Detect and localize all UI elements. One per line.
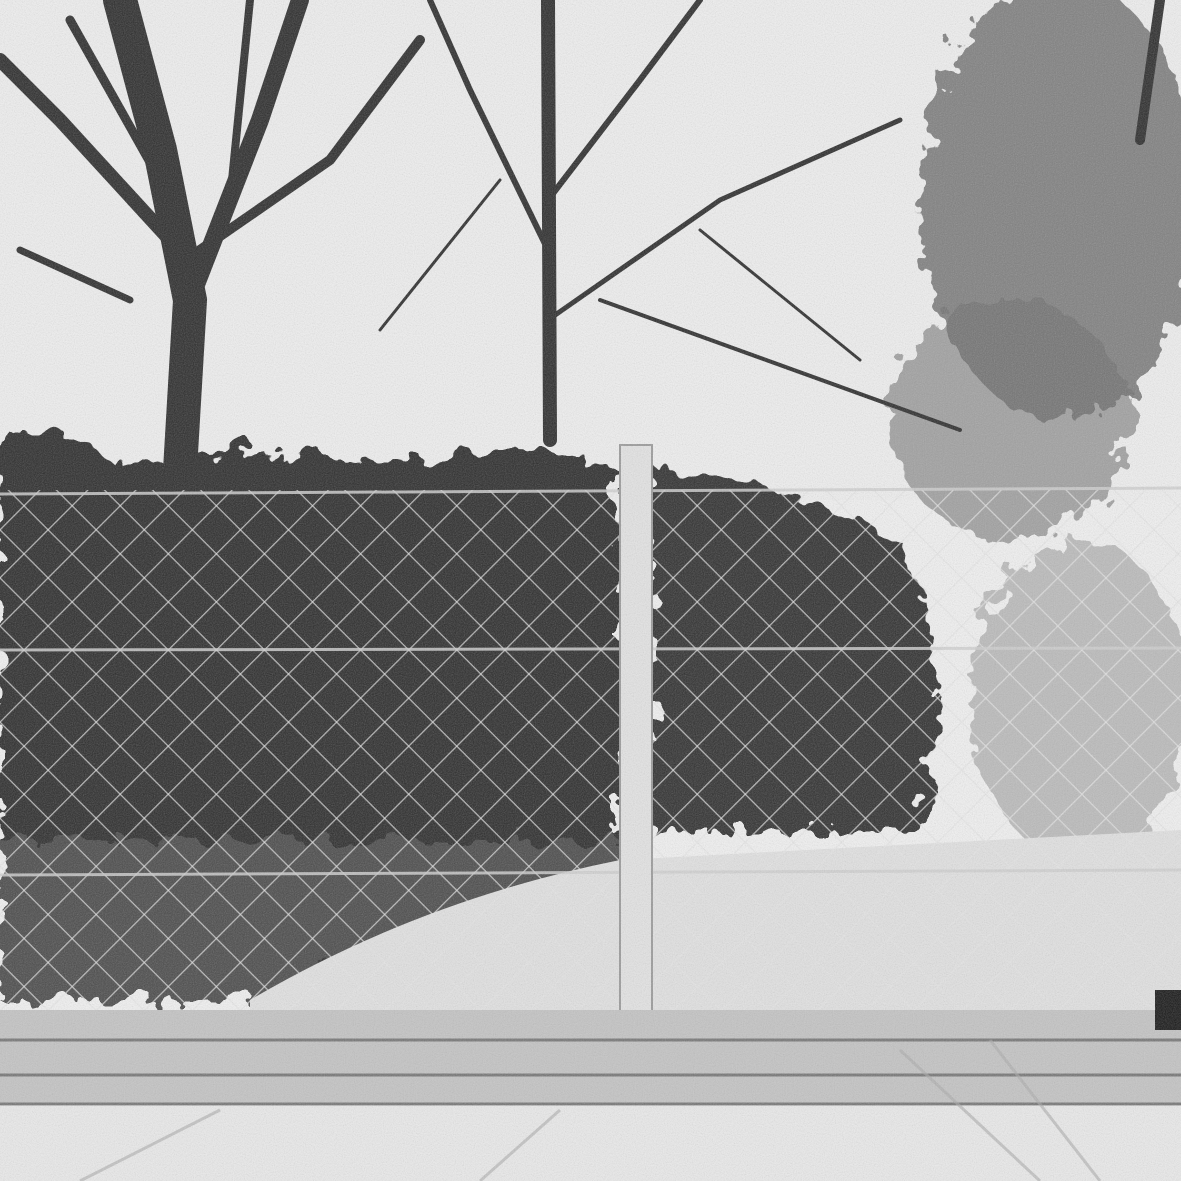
- drawing-canvas: [0, 0, 1181, 1181]
- paper-grain: [0, 0, 1181, 1181]
- charcoal-drawing: [0, 0, 1181, 1181]
